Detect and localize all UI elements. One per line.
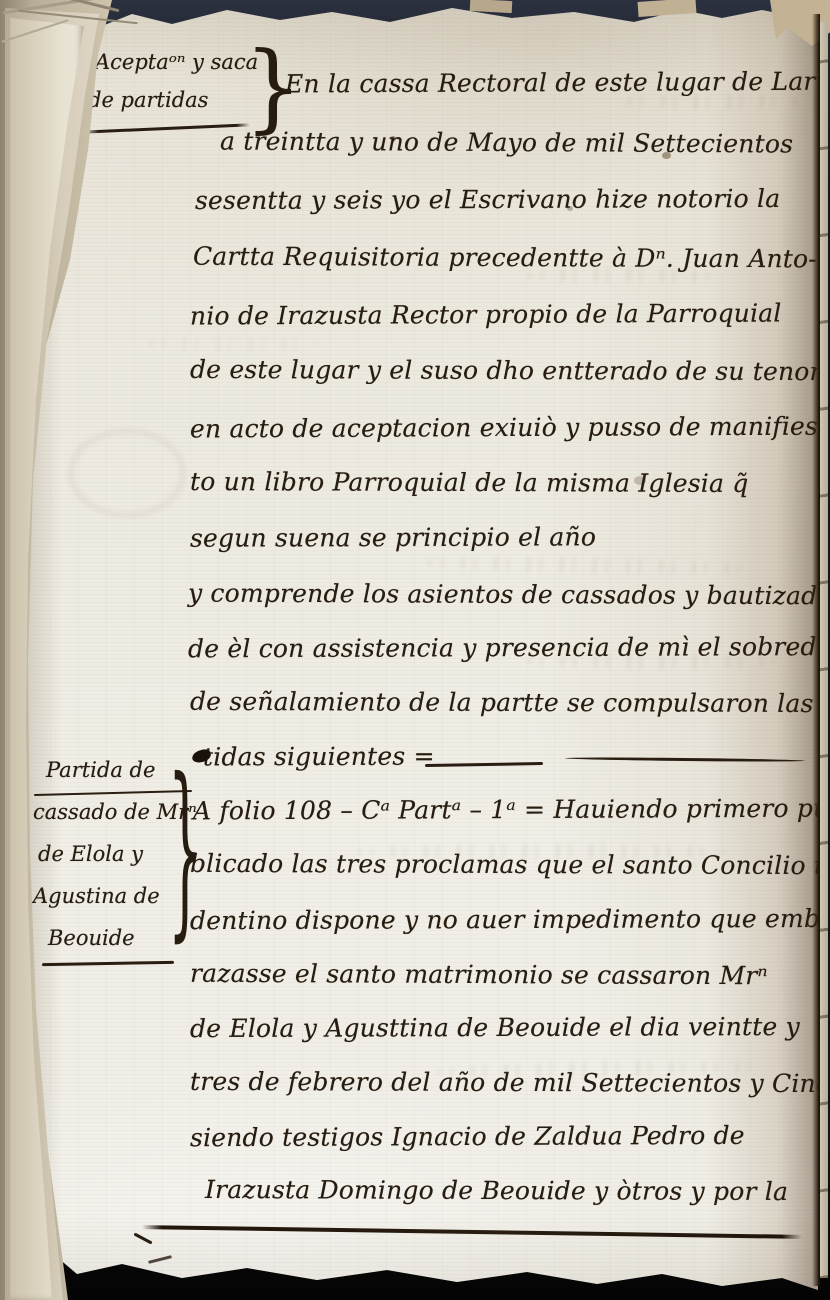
- manuscript-line: Irazusta Domingo de Beouide y òtros y po…: [205, 1175, 788, 1206]
- facing-page-sliver: [820, 22, 828, 1278]
- manuscript-line: de señalamiento de la partte se compulsa…: [190, 687, 830, 718]
- manuscript-line: sesentta y seis yo el Escrivano hize not…: [195, 184, 780, 215]
- photo-background: Aceptaᵒⁿ y saca de partidas } En la cass…: [0, 0, 830, 1300]
- manuscript-line: de èl con assistencia y presencia de mì …: [188, 632, 830, 664]
- rule-hook: [133, 1232, 152, 1244]
- closing-rule-long: [142, 1225, 802, 1239]
- margin-note-record-line: de Elola y: [38, 842, 143, 866]
- margin-note-record-line: Agustina de: [33, 884, 160, 908]
- manuscript-line: razasse el santo matrimonio se cassaron …: [190, 959, 768, 991]
- gutter-crease: [812, 14, 820, 1286]
- manuscript-line: segun suena se principio el año: [190, 522, 596, 552]
- manuscript-line: y comprende los asientos de cassados y b…: [188, 578, 830, 610]
- manuscript-line: de Elola y Agusttina de Beouide el dia v…: [190, 1012, 800, 1043]
- margin-underline: [42, 961, 174, 966]
- manuscript-line: to un libro Parroquial de la misma Igles…: [190, 467, 749, 498]
- manuscript-line: en acto de aceptacion exiuiò y pusso de …: [190, 412, 827, 444]
- bleedthrough-smudge: [420, 555, 750, 576]
- paper-watermark: [70, 430, 184, 516]
- torn-paper-chip: [470, 0, 513, 13]
- manuscript-line: de este lugar y el suso dho entterado de…: [190, 355, 830, 386]
- manuscript-line: tidas siguientes =: [203, 742, 435, 772]
- closing-rule: [425, 762, 543, 767]
- margin-note-acceptance-line: de partidas: [88, 88, 208, 112]
- manuscript-line: Cartta Requisitoria precedentte à Dⁿ. Ju…: [193, 242, 817, 274]
- margin-note-record-line: Partida de: [46, 758, 155, 782]
- manuscript-line: a treintta y uno de Mayo de mil Settecie…: [220, 126, 793, 158]
- manuscript-line: dentino dispone y no auer impedimento qu…: [190, 904, 830, 935]
- manuscript-line: A folio 108 – Cᵃ Partᵃ – 1ᵃ = Hauiendo p…: [193, 794, 830, 826]
- manuscript-line: nio de Irazusta Rector propio de la Parr…: [190, 298, 782, 330]
- bleedthrough-smudge: [142, 336, 322, 351]
- margin-note-record-line: Beouide: [48, 926, 135, 950]
- manuscript-line: tres de febrero del año de mil Settecien…: [190, 1067, 830, 1098]
- manuscript-line: En la cassa Rectoral de este lugar de La…: [285, 66, 830, 98]
- closing-rule: [565, 757, 805, 763]
- manuscript-page: Aceptaᵒⁿ y saca de partidas } En la cass…: [22, 6, 818, 1290]
- margin-note-acceptance-line: Aceptaᵒⁿ y saca: [95, 50, 258, 74]
- manuscript-line: siendo testigos Ignacio de Zaldua Pedro …: [190, 1121, 745, 1152]
- manuscript-line: blicado las tres proclamas que el santo …: [190, 849, 830, 880]
- stray-ink-mark: [148, 1255, 172, 1264]
